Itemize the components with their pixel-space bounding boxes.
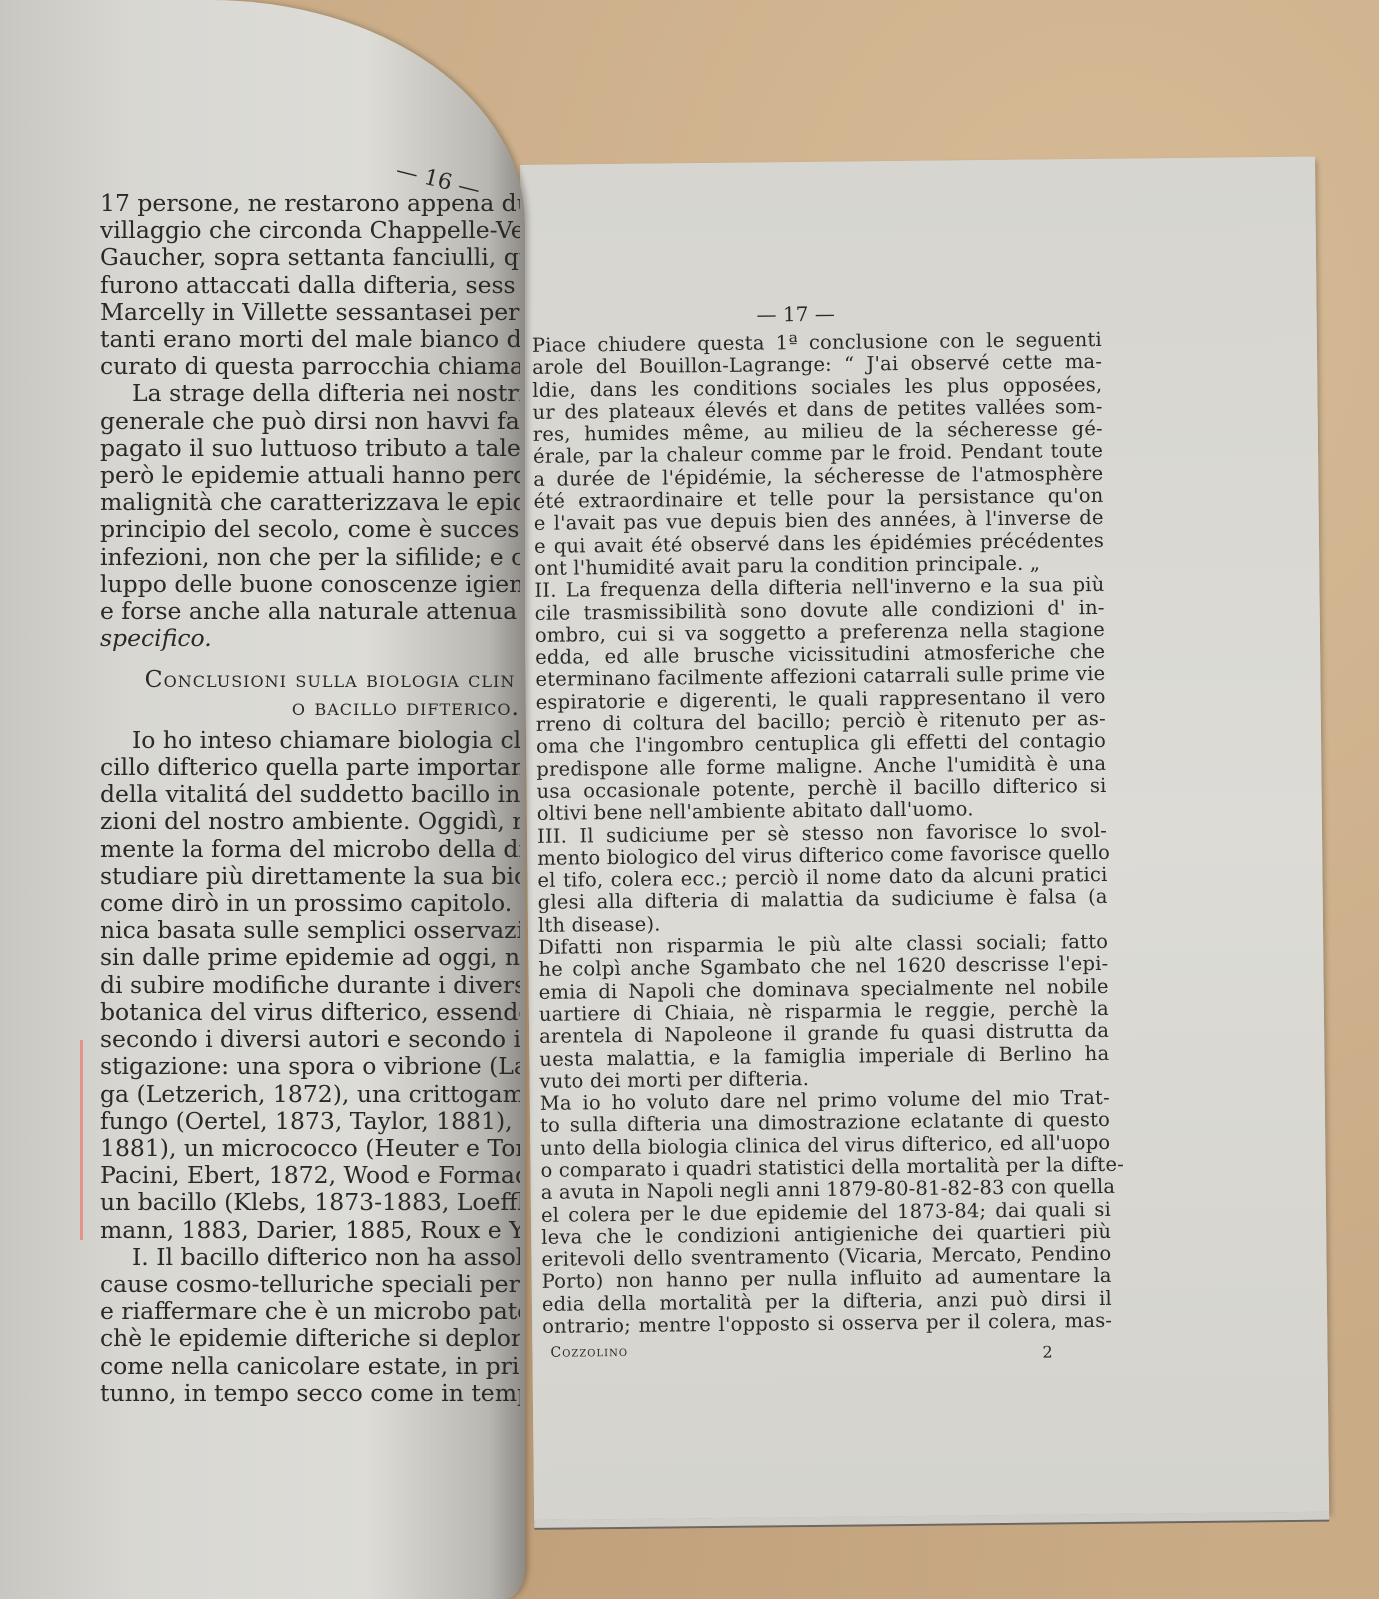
text-line: studiare più direttamente la sua biolo <box>100 863 520 890</box>
text-line: furono attaccati dalla difteria, sess <box>100 272 520 299</box>
page-edge <box>534 1512 1329 1530</box>
text-line: fungo (Oertel, 1873, Taylor, 1881), un <box>100 1108 520 1135</box>
text-line: specifico. <box>100 625 520 652</box>
page-number-17: — 17 — <box>756 302 834 327</box>
text-line: 17 persone, ne restarono appena due <box>100 190 520 217</box>
left-page: — 16 — 17 persone, ne restarono appena d… <box>0 0 525 1599</box>
text-line: sin dalle prime epidemie ad oggi, non <box>100 944 520 971</box>
text-line: zioni del nostro ambiente. Oggidì, rico <box>100 808 520 835</box>
text-line: però le epidemie attuali hanno perdu <box>100 462 520 489</box>
printer-signature-mark: Cozzolino <box>550 1344 628 1361</box>
text-line: di subire modifiche durante i diversi p <box>100 972 520 999</box>
text-line: luppo delle buone conoscenze igieniche <box>100 571 520 598</box>
text-line: della vitalitá del suddetto bacillo in r… <box>100 781 520 808</box>
text-line: tunno, in tempo secco come in tempo <box>100 1380 520 1407</box>
text-line: cillo difterico quella parte importantis… <box>100 754 520 781</box>
text-line: mann, 1883, Darier, 1885, Roux e Yers <box>100 1217 520 1244</box>
text-line: ga (Letzerich, 1872), una crittogama <box>100 1081 520 1108</box>
text-line: Marcelly in Villette sessantasei perso <box>100 299 520 326</box>
text-line: principio del secolo, come è successo <box>100 516 520 543</box>
text-line: e riaffermare che è un microbo patog <box>100 1298 520 1325</box>
text-line: chè le epidemie difteriche si deplorano <box>100 1325 520 1352</box>
text-line: infezioni, non che per la sifilide; e ci… <box>100 544 520 571</box>
section-heading-continued: o bacillo difterico. <box>100 694 520 721</box>
text-line: pagato il suo luttuoso tributo a tale <box>100 435 520 462</box>
text-line: Gaucher, sopra settanta fanciulli, quasi <box>100 244 520 271</box>
text-line: Io ho inteso chiamare biologia clini <box>100 727 520 754</box>
text-line: come dirò in un prossimo capitolo. M <box>100 890 520 917</box>
text-line: botanica del virus difterico, essendo <box>100 999 520 1026</box>
text-line: e forse anche alla naturale attenua <box>100 598 520 625</box>
right-page-body: Piace chiudere questa 1ª conclusione con… <box>532 329 1112 1338</box>
text-line: 1881), un micrococco (Heuter e Tomm <box>100 1135 520 1162</box>
text-line: come nella canicolare estate, in prima <box>100 1353 520 1380</box>
text-line: Pacini, Ebert, 1872, Wood e Formad <box>100 1162 520 1189</box>
text-line: stigazione: una spora o vibrione (Laboul <box>100 1053 520 1080</box>
text-line: ontrario; mentre l'opposto si osserva pe… <box>542 1310 1112 1338</box>
text-line: mente la forma del microbo della difter <box>100 836 520 863</box>
text-line: curato di questa parrocchia chiamava <box>100 353 520 380</box>
text-line: nica basata sulle semplici osservazioni <box>100 917 520 944</box>
section-heading: Conclusioni sulla biologia clin <box>100 666 520 693</box>
text-line: tanti erano morti del male bianco di <box>100 326 520 353</box>
left-page-body: 17 persone, ne restarono appena due vill… <box>100 190 520 1407</box>
text-line: generale che può dirsi non havvi fam <box>100 408 520 435</box>
sheet-number: 2 <box>1042 1342 1052 1361</box>
text-line: malignità che caratterizzava le epide <box>100 489 520 516</box>
text-line: secondo i diversi autori e secondo i div <box>100 1026 520 1053</box>
text-line: un bacillo (Klebs, 1873-1883, Loeffle <box>100 1189 520 1216</box>
text-line: I. Il bacillo difterico non ha assoluta <box>100 1244 520 1271</box>
text-line: La strage della difteria nei nostri <box>100 380 520 407</box>
red-pencil-mark <box>80 1040 83 1240</box>
text-line: cause cosmo-telluriche speciali per risv <box>100 1271 520 1298</box>
right-page: — 17 — Piace chiudere questa 1ª conclusi… <box>520 157 1329 1520</box>
text-line: villaggio che circonda Chappelle-Ver <box>100 217 520 244</box>
